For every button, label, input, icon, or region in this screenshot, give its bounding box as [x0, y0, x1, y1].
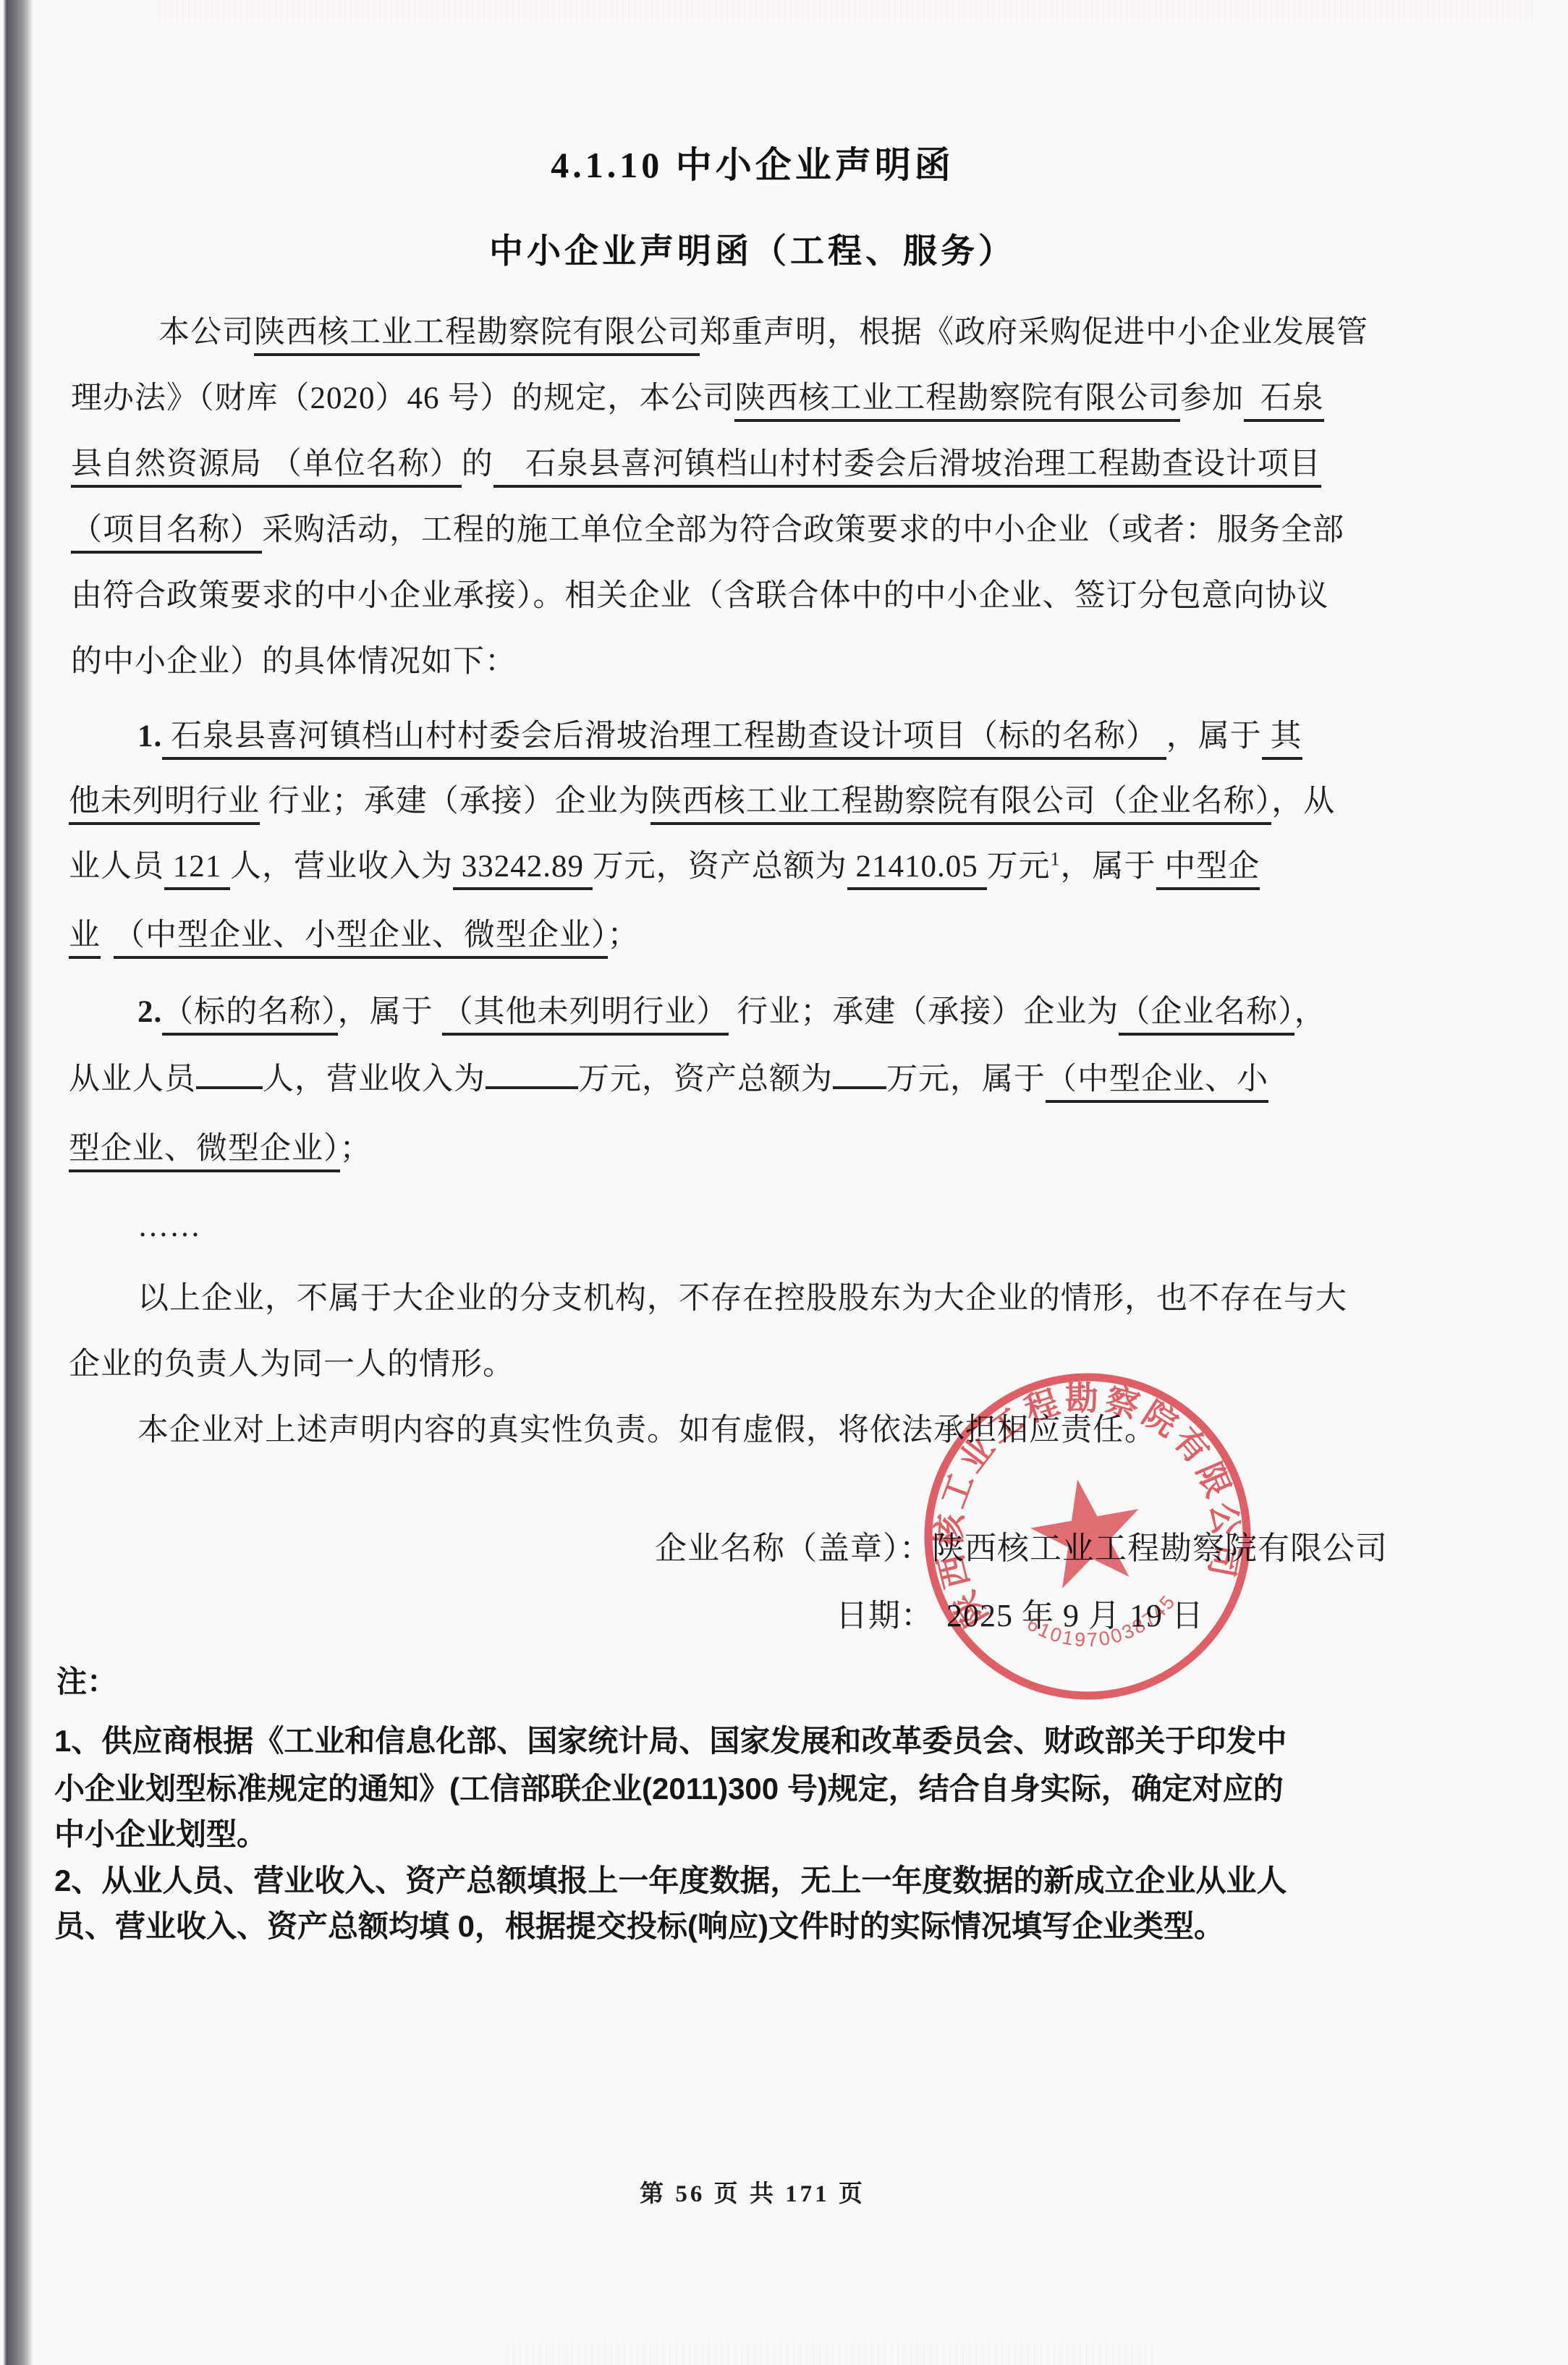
text-seg: 的 — [462, 447, 493, 481]
text-seg: 注： — [56, 1664, 117, 1698]
revenue-underlined: 33242.89 — [453, 850, 593, 890]
text-seg: 的中小企业）的具体情况如下： — [71, 645, 517, 679]
subject-name-placeholder-underlined: （标的名称） — [162, 995, 338, 1036]
text-seg: 本公司 — [158, 316, 254, 350]
text-seg: 由符合政策要求的中小企业承接）。相关企业（含联合体中的中小企业、签订分包意向协议 — [71, 579, 1329, 613]
item1-line2: 他未列明行业 行业；承建（承接）企业为陕西核工业工程勘察院有限公司（企业名称），… — [69, 780, 1335, 824]
text-seg: 中小企业划型。 — [54, 1817, 267, 1851]
item2-line2: 从业人员人，营业收入为万元，资产总额为万元，属于（中型企业、小 — [69, 1057, 1268, 1101]
text-seg: 万元，属于 — [886, 1062, 1046, 1096]
paragraph1-line1: 本公司陕西核工业工程勘察院有限公司郑重声明，根据《政府采购促进中小企业发展管 — [158, 311, 1368, 355]
paragraph1-line4: （项目名称）采购活动，工程的施工单位全部为符合政策要求的中小企业（或者：服务全部 — [71, 509, 1344, 552]
text-seg: 本企业对上述声明内容的真实性负责。如有虚假，将依法承担相应责任。 — [137, 1413, 1156, 1447]
text-seg: 业人员 — [69, 850, 164, 884]
text-seg: ； — [608, 918, 640, 952]
employee-count-underlined: 121 — [164, 850, 230, 890]
text-seg: ， — [1294, 995, 1326, 1029]
signature-label: 企业名称（盖章）： — [655, 1531, 932, 1566]
page-number-footer: 第 56 页 共 171 页 — [0, 2172, 1505, 2216]
item1-line4: 业（中型企业、小型企业、微型企业）； — [69, 914, 640, 957]
paragraph1-line5: 由符合政策要求的中小企业承接）。相关企业（含联合体中的中小企业、签订分包意向协议 — [71, 575, 1329, 618]
note2-line2: 员、营业收入、资产总额均填 0，根据提交投标(响应)文件时的实际情况填写企业类型… — [54, 1906, 1224, 1947]
signature-line: 企业名称（盖章）：陕西核工业工程勘察院有限公司 — [655, 1527, 1388, 1570]
item-number: 2. — [137, 995, 162, 1029]
text-seg: 行业；承建（承接）企业为 — [260, 784, 650, 818]
note1-line2: 小企业划型标准规定的通知》(工信部联企业(2011)300 号)规定，结合自身实… — [54, 1769, 1284, 1809]
ellipsis-line: …… — [137, 1205, 201, 1248]
text-seg: 小企业划型标准规定的通知》(工信部联企业(2011)300 号)规定，结合自身实… — [54, 1772, 1284, 1806]
enterprise-type-options-underlined: （中型企业、小 — [1046, 1062, 1268, 1103]
purchaser-name-underlined: 石泉 — [1244, 381, 1324, 422]
text-seg: 郑重声明，根据《政府采购促进中小企业发展管 — [700, 316, 1368, 350]
date-label: 日期： — [836, 1598, 933, 1633]
text-seg: 行业；承建（承接）企业为 — [729, 995, 1119, 1029]
text-seg: 参加 — [1180, 381, 1244, 415]
document-title: 中小企业声明函（工程、服务） — [0, 230, 1505, 274]
closing-line1: 以上企业，不属于大企业的分支机构，不存在控股股东为大企业的情形，也不存在与大 — [137, 1277, 1347, 1321]
footnote-ref: 1 — [1051, 849, 1061, 870]
paragraph1-line3: 县自然资源局 （单位名称）的 石泉县喜河镇档山村村委会后滑坡治理工程勘查设计项目 — [71, 443, 1321, 486]
paragraph1-line6: 的中小企业）的具体情况如下： — [71, 640, 517, 684]
blank-field — [486, 1057, 578, 1089]
responsibility-line: 本企业对上述声明内容的真实性负责。如有虚假，将依法承担相应责任。 — [137, 1409, 1156, 1452]
text-seg: ，属于 — [338, 995, 442, 1029]
text-seg: 理办法》（财库（2020）46 号）的规定，本公司 — [71, 381, 734, 415]
notes-header: 注： — [56, 1662, 117, 1702]
industry-underlined: 其 — [1262, 719, 1302, 760]
note1-line3: 中小企业划型。 — [54, 1814, 267, 1855]
item1-line1: 1. 石泉县喜河镇档山村村委会后滑坡治理工程勘查设计项目（标的名称） ，属于 其 — [137, 715, 1302, 758]
signature-company: 陕西核工业工程勘察院有限公司 — [932, 1531, 1388, 1566]
date-line: 日期：2025 年 9 月 19 日 — [836, 1594, 1204, 1638]
text-seg: 从业人员 — [69, 1062, 196, 1096]
item2-line3: 型企业、微型企业）； — [69, 1127, 372, 1171]
text-seg: 员、营业收入、资产总额均填 0，根据提交投标(响应)文件时的实际情况填写企业类型… — [54, 1909, 1224, 1943]
industry-underlined: 他未列明行业 — [69, 784, 260, 825]
text-seg: 人，营业收入为 — [263, 1062, 486, 1096]
text-seg: 第 56 页 共 171 页 — [640, 2181, 865, 2207]
item-number: 1. — [137, 719, 162, 753]
text-seg: ，属于 — [1061, 850, 1156, 884]
purchaser-name-underlined: 县自然资源局 （单位名称） — [71, 447, 462, 488]
paragraph1-line2: 理办法》（财库（2020）46 号）的规定，本公司陕西核工业工程勘察院有限公司参… — [71, 377, 1324, 420]
text-seg: 采购活动，工程的施工单位全部为符合政策要求的中小企业（或者：服务全部 — [262, 513, 1344, 547]
text-seg: ，从 — [1271, 784, 1335, 818]
blank-field — [833, 1057, 886, 1089]
text-seg: ，属于 — [1166, 719, 1262, 753]
text-seg: 2、从业人员、营业收入、资产总额填报上一年度数据，无上一年度数据的新成立企业从业… — [54, 1863, 1287, 1897]
svg-text:陕西核工业工程勘察院有限公司: 陕西核工业工程勘察院有限公司 — [905, 1354, 1255, 1636]
blank-field — [196, 1057, 263, 1089]
company-name-underlined: 陕西核工业工程勘察院有限公司 — [254, 316, 700, 356]
company-name-underlined: 陕西核工业工程勘察院有限公司（企业名称） — [650, 784, 1272, 825]
company-placeholder-underlined: （企业名称） — [1119, 995, 1294, 1036]
project-name-underlined: 石泉县喜河镇档山村村委会后滑坡治理工程勘查设计项目 — [493, 447, 1321, 488]
note2-line1: 2、从业人员、营业收入、资产总额填报上一年度数据，无上一年度数据的新成立企业从业… — [54, 1861, 1287, 1901]
closing-line2: 企业的负责人为同一人的情形。 — [69, 1343, 514, 1387]
text-seg: 万元，资产总额为 — [593, 850, 847, 884]
text-seg: 万元，资产总额为 — [578, 1062, 833, 1096]
industry-placeholder-underlined: （其他未列明行业） — [442, 995, 729, 1036]
scan-noise-artifact — [507, 2342, 1158, 2365]
item2-line1: 2.（标的名称），属于 （其他未列明行业） 行业；承建（承接）企业为（企业名称）… — [137, 991, 1326, 1034]
item1-line3: 业人员 121 人，营业收入为 33242.89 万元，资产总额为 21410.… — [69, 845, 1260, 889]
assets-underlined: 21410.05 — [847, 850, 987, 890]
text-seg: 以上企业，不属于大企业的分支机构，不存在控股股东为大企业的情形，也不存在与大 — [137, 1282, 1347, 1316]
scan-noise-artifact — [159, 0, 1534, 22]
enterprise-type-options-underlined: （中型企业、小型企业、微型企业） — [114, 918, 608, 959]
text-seg: 万元 — [987, 850, 1051, 884]
enterprise-type-underlined: 中型企 — [1156, 850, 1260, 890]
text-seg: 企业的负责人为同一人的情形。 — [69, 1347, 514, 1382]
company-name-underlined: 陕西核工业工程勘察院有限公司 — [734, 381, 1180, 422]
text-seg: 1、供应商根据《工业和信息化部、国家统计局、国家发展和改革委员会、财政部关于印发… — [54, 1724, 1287, 1758]
enterprise-type-underlined: 业 — [69, 918, 101, 959]
enterprise-type-options-underlined: 型企业、微型企业） — [69, 1132, 340, 1172]
text-seg: …… — [137, 1209, 201, 1243]
date-value: 2025 年 9 月 19 日 — [946, 1598, 1204, 1633]
scan-edge-shadow — [3, 0, 33, 2365]
seal-company-arc-text: 陕西核工业工程勘察院有限公司 — [905, 1354, 1255, 1636]
text-seg: 人，营业收入为 — [230, 850, 453, 884]
subject-name-underlined: 石泉县喜河镇档山村村委会后滑坡治理工程勘查设计项目（标的名称） — [162, 719, 1166, 760]
scanned-document-page: 4.1.10 中小企业声明函 中小企业声明函（工程、服务） 本公司陕西核工业工程… — [0, 0, 1568, 2365]
note1-line1: 1、供应商根据《工业和信息化部、国家统计局、国家发展和改革委员会、财政部关于印发… — [54, 1721, 1287, 1761]
section-title: 4.1.10 中小企业声明函 — [0, 143, 1505, 187]
project-name-label-underlined: （项目名称） — [71, 513, 262, 554]
text-seg: ； — [340, 1132, 372, 1166]
